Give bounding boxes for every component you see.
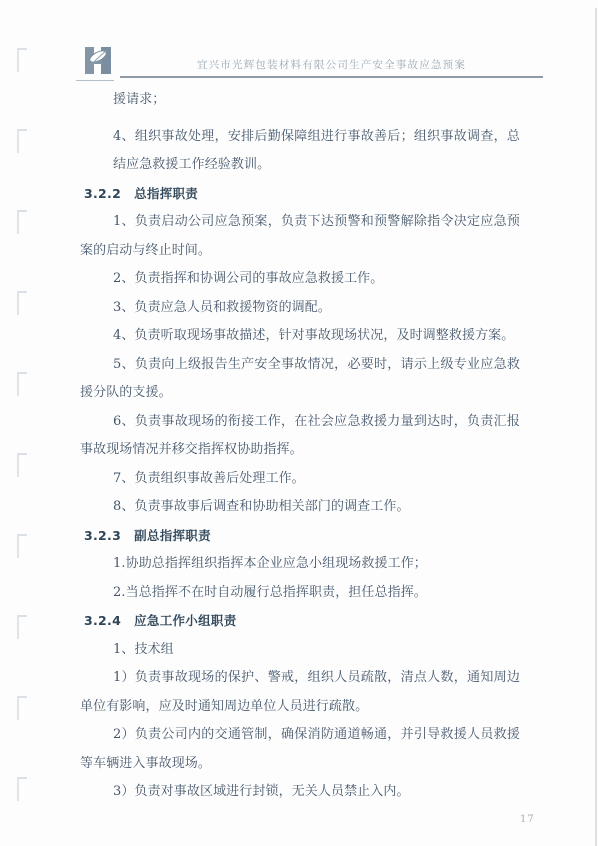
duty-item-5: 5、负责向上级报告生产安全事故情况，必要时，请示上级专业应急救援分队的支援。 [80, 351, 520, 408]
document-body: 援请求； 4、组织事故处理，安排后勤保障组进行事故善后；组织事故调查，总结应急救… [80, 86, 520, 807]
section-title: 总指挥职责 [134, 186, 198, 201]
h-leaf-logo-icon [85, 47, 111, 74]
continuation-line: 援请求； [80, 86, 520, 115]
scan-artifact [17, 453, 27, 477]
group-name-technical: 1、技术组 [80, 636, 520, 665]
scan-artifact [17, 696, 27, 720]
deputy-duty-2: 2.当总指挥不在时自动履行总指挥职责，担任总指挥。 [80, 579, 520, 608]
duty-item-4: 4、负责听取现场事故描述，针对事故现场状况，及时调整救援方案。 [80, 322, 520, 351]
section-number: 3.2.4 [84, 613, 121, 628]
section-number: 3.2.3 [84, 528, 121, 543]
logo-underline [76, 80, 114, 81]
document-page: 宜兴市光辉包装材料有限公司生产安全事故应急预案 援请求； 4、组织事故处理，安排… [0, 0, 598, 846]
document-header-title: 宜兴市光辉包装材料有限公司生产安全事故应急预案 [120, 57, 543, 72]
tech-group-duty-3: 3）负责对事故区域进行封锁，无关人员禁止入内。 [80, 778, 520, 807]
section-number: 3.2.2 [84, 186, 121, 201]
scan-artifact [17, 129, 27, 153]
scan-artifact [17, 615, 27, 639]
scan-artifact [17, 777, 27, 801]
scan-artifact [17, 534, 27, 558]
duty-item-3: 3、负责应急人员和救援物资的调配。 [80, 294, 520, 323]
scan-artifact [17, 291, 27, 315]
duty-item-1: 1、负责启动公司应急预案，负责下达预警和预警解除指令决定应急预案的启动与终止时间… [80, 208, 520, 265]
deputy-duty-1: 1.协助总指挥组织指挥本企业应急小组现场救援工作； [80, 550, 520, 579]
scan-edge-line [595, 8, 597, 846]
scan-artifact [17, 48, 27, 72]
duty-item-6: 6、负责事故现场的衔接工作，在社会应急救援力量到达时，负责汇报事故现场情况并移交… [80, 408, 520, 465]
section-heading-3-2-2: 3.2.2总指挥职责 [84, 180, 520, 209]
tech-group-duty-1: 1）负责事故现场的保护、警戒，组织人员疏散，清点人数，通知周边单位有影响，应及时… [80, 664, 520, 721]
tech-group-duty-2: 2）负责公司内的交通管制，确保消防通道畅通，并引导救援人员救援等车辆进入事故现场… [80, 721, 520, 778]
section-title: 应急工作小组职责 [134, 613, 236, 628]
scan-artifact [17, 210, 27, 234]
section-heading-3-2-4: 3.2.4应急工作小组职责 [84, 607, 520, 636]
duty-item-8: 8、负责事故事后调查和协助相关部门的调查工作。 [80, 493, 520, 522]
section-title: 副总指挥职责 [134, 528, 211, 543]
company-logo [85, 47, 111, 74]
header-rule [120, 76, 543, 78]
section-heading-3-2-3: 3.2.3副总指挥职责 [84, 522, 520, 551]
duty-item-2: 2、负责指挥和协调公司的事故应急救援工作。 [80, 265, 520, 294]
duty-item-7: 7、负责组织事故善后处理工作。 [80, 465, 520, 494]
scan-artifact [17, 372, 27, 396]
page-number: 17 [520, 814, 535, 825]
list-item-4-paragraph: 4、组织事故处理，安排后勤保障组进行事故善后；组织事故调查，总结应急救援工作经验… [80, 123, 520, 180]
